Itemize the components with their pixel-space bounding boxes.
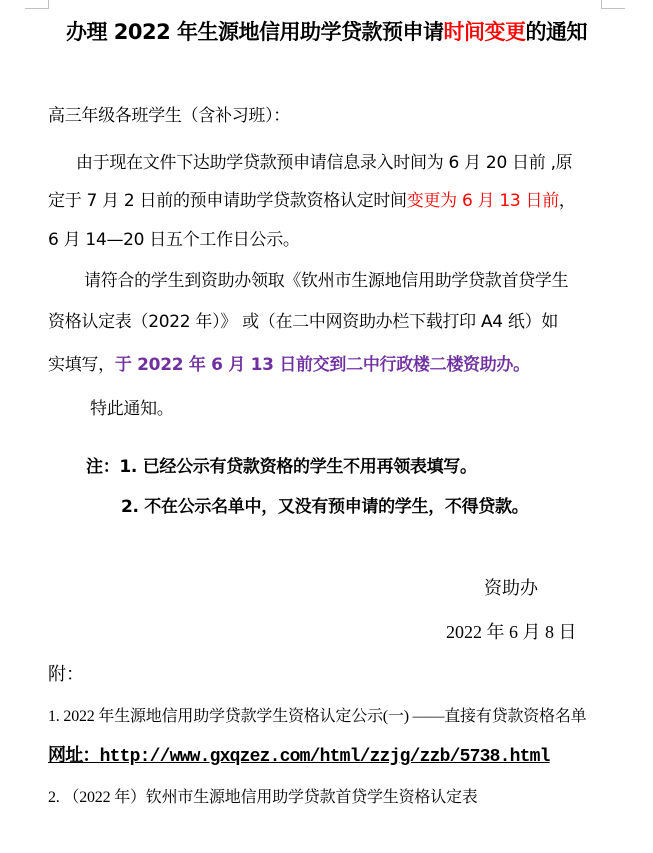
salutation: 高三年级各班学生（含补习班）： <box>48 101 290 126</box>
page-margin-corner-top-right <box>601 0 625 9</box>
attachment-item-2: 2. （2022 年）钦州市生源地信用助学贷款首贷学生资格认定表 <box>48 784 478 807</box>
page-margin-corner-top-left <box>25 0 49 9</box>
paragraph1-line2-text: 定于 7 月 2 日前的预申请助学贷款资格认定时间 <box>48 191 407 211</box>
closing-text: 特此通知。 <box>90 394 174 419</box>
title-text: 办理 2022 年生源地信用助学贷款预申请 <box>66 20 444 44</box>
url-link[interactable]: http://www.gxqzez.com/html/zzjg/zzb/5738… <box>100 747 550 767</box>
title-text-end: 的通知 <box>526 20 588 44</box>
attachment-url[interactable]: 网址：http://www.gxqzez.com/html/zzjg/zzb/5… <box>48 741 550 767</box>
deadline-change-highlight: 变更为 6 月 13 日前 <box>407 191 559 211</box>
paragraph1-line3: 6 月 14—20 日五个工作日公示。 <box>48 225 300 250</box>
document-title: 办理 2022 年生源地信用助学贷款预申请时间变更的通知 <box>0 16 653 46</box>
note-1: 注：1. 已经公示有贷款资格的学生不用再领表填写。 <box>86 452 477 477</box>
attachment-item-1: 1. 2022 年生源地信用助学贷款学生资格认定公示(一) ——直接有贷款资格名… <box>48 703 586 726</box>
paragraph2-line3-text: 实填写， <box>48 355 115 375</box>
paragraph1-line1: 由于现在文件下达助学贷款预申请信息录入时间为 6 月 20 日前 ,原 <box>76 148 572 173</box>
paragraph2-line3: 实填写，于 2022 年 6 月 13 日前交到二中行政楼二楼资助办。 <box>48 350 530 375</box>
signature-office: 资助办 <box>484 574 538 600</box>
note-2: 2. 不在公示名单中，又没有预申请的学生，不得贷款。 <box>121 492 528 517</box>
title-highlight: 时间变更 <box>444 20 526 44</box>
paragraph1-line2-end: ， <box>559 191 576 211</box>
paragraph1-line2: 定于 7 月 2 日前的预申请助学贷款资格认定时间变更为 6 月 13 日前， <box>48 186 576 211</box>
paragraph2-line2: 资格认定表（2022 年）》 或（在二中网资助办栏下载打印 A4 纸）如 <box>48 307 558 332</box>
submission-deadline-highlight: 于 2022 年 6 月 13 日前交到二中行政楼二楼资助办。 <box>115 355 530 375</box>
signature-date: 2022 年 6 月 8 日 <box>446 618 577 644</box>
paragraph2-line1: 请符合的学生到资助办领取《钦州市生源地信用助学贷款首贷学生 <box>84 266 568 291</box>
attachments-label: 附： <box>48 660 84 686</box>
url-label: 网址： <box>48 745 100 766</box>
